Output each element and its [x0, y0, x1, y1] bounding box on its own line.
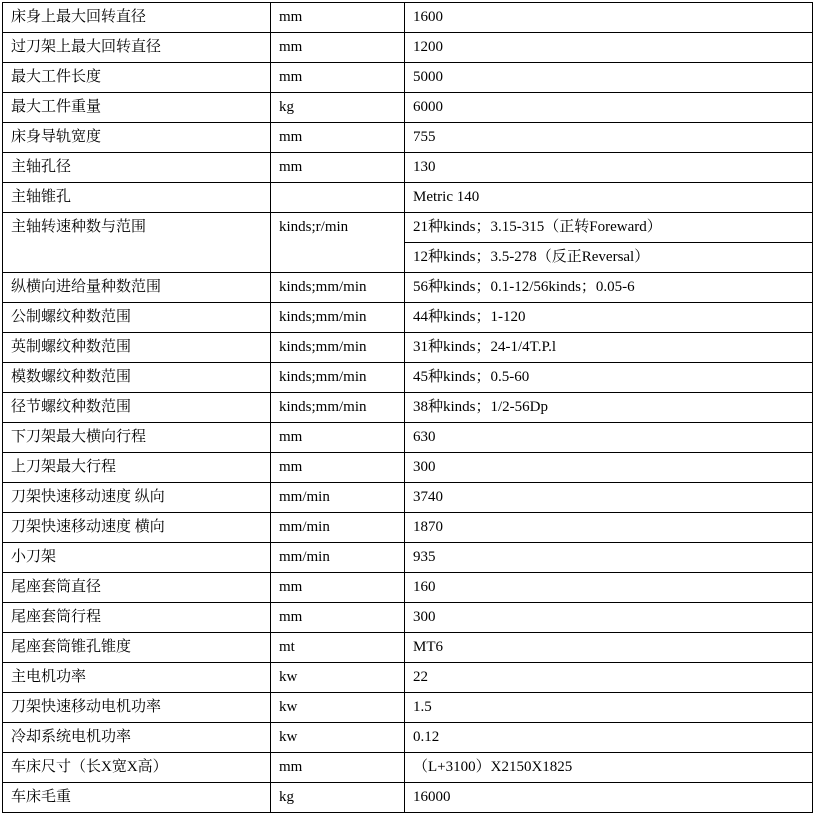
table-row: 主轴孔径 mm 130 [3, 153, 813, 183]
value-cell: 630 [405, 423, 813, 453]
param-cell: 尾座套筒锥孔锥度 [3, 633, 271, 663]
param-cell: 最大工件重量 [3, 93, 271, 123]
value-cell: 38种kinds；1/2-56Dp [405, 393, 813, 423]
table-row: 公制螺纹种数范围 kinds;mm/min 44种kinds；1-120 [3, 303, 813, 333]
table-row: 主轴锥孔 Metric 140 [3, 183, 813, 213]
value-cell: 1600 [405, 3, 813, 33]
table-row: 刀架快速移动电机功率 kw 1.5 [3, 693, 813, 723]
param-cell: 英制螺纹种数范围 [3, 333, 271, 363]
unit-cell: mm [271, 153, 405, 183]
value-cell: 31种kinds；24-1/4T.P.l [405, 333, 813, 363]
param-cell: 冷却系统电机功率 [3, 723, 271, 753]
value-cell: Metric 140 [405, 183, 813, 213]
value-cell: 300 [405, 453, 813, 483]
value-cell: 0.12 [405, 723, 813, 753]
unit-cell: mm [271, 573, 405, 603]
param-cell: 小刀架 [3, 543, 271, 573]
table-row: 车床尺寸（长X宽X高） mm （L+3100）X2150X1825 [3, 753, 813, 783]
unit-cell: kw [271, 663, 405, 693]
value-cell: 1.5 [405, 693, 813, 723]
param-cell: 刀架快速移动电机功率 [3, 693, 271, 723]
unit-cell: kinds;mm/min [271, 273, 405, 303]
table-row: 最大工件长度 mm 5000 [3, 63, 813, 93]
table-row: 上刀架最大行程 mm 300 [3, 453, 813, 483]
unit-cell: kinds;mm/min [271, 363, 405, 393]
unit-cell: kinds;mm/min [271, 393, 405, 423]
value-cell: 1870 [405, 513, 813, 543]
value-cell: 935 [405, 543, 813, 573]
spec-table: 床身上最大回转直径 mm 1600 过刀架上最大回转直径 mm 1200 最大工… [2, 2, 813, 813]
value-cell: 300 [405, 603, 813, 633]
param-cell: 模数螺纹种数范围 [3, 363, 271, 393]
unit-cell: kinds;mm/min [271, 333, 405, 363]
param-cell: 车床毛重 [3, 783, 271, 813]
param-cell: 径节螺纹种数范围 [3, 393, 271, 423]
unit-cell: kg [271, 783, 405, 813]
unit-cell: mm [271, 603, 405, 633]
table-row: 尾座套筒锥孔锥度 mt MT6 [3, 633, 813, 663]
table-row: 主轴转速种数与范围 kinds;r/min 21种kinds；3.15-315（… [3, 213, 813, 243]
value-cell: 56种kinds；0.1-12/56kinds；0.05-6 [405, 273, 813, 303]
unit-cell: kw [271, 723, 405, 753]
value-cell: 130 [405, 153, 813, 183]
unit-cell: mm [271, 123, 405, 153]
table-row: 小刀架 mm/min 935 [3, 543, 813, 573]
value-cell: 21种kinds；3.15-315（正转Foreward） [405, 213, 813, 243]
param-cell: 床身导轨宽度 [3, 123, 271, 153]
table-row: 英制螺纹种数范围 kinds;mm/min 31种kinds；24-1/4T.P… [3, 333, 813, 363]
value-cell: 44种kinds；1-120 [405, 303, 813, 333]
table-row: 刀架快速移动速度 纵向 mm/min 3740 [3, 483, 813, 513]
table-row: 冷却系统电机功率 kw 0.12 [3, 723, 813, 753]
table-row: 尾座套筒行程 mm 300 [3, 603, 813, 633]
table-row: 床身上最大回转直径 mm 1600 [3, 3, 813, 33]
table-row: 尾座套筒直径 mm 160 [3, 573, 813, 603]
value-cell: 5000 [405, 63, 813, 93]
table-row: 径节螺纹种数范围 kinds;mm/min 38种kinds；1/2-56Dp [3, 393, 813, 423]
param-cell: 床身上最大回转直径 [3, 3, 271, 33]
param-cell: 公制螺纹种数范围 [3, 303, 271, 333]
unit-cell: kg [271, 93, 405, 123]
param-cell: 主轴转速种数与范围 [3, 213, 271, 273]
param-cell: 主轴锥孔 [3, 183, 271, 213]
value-cell: 6000 [405, 93, 813, 123]
unit-cell: mm/min [271, 513, 405, 543]
value-cell: 22 [405, 663, 813, 693]
value-cell: 45种kinds；0.5-60 [405, 363, 813, 393]
value-cell: 755 [405, 123, 813, 153]
param-cell: 下刀架最大横向行程 [3, 423, 271, 453]
value-cell: 1200 [405, 33, 813, 63]
table-row: 模数螺纹种数范围 kinds;mm/min 45种kinds；0.5-60 [3, 363, 813, 393]
unit-cell: mm [271, 3, 405, 33]
value-cell: 16000 [405, 783, 813, 813]
value-cell: 3740 [405, 483, 813, 513]
table-row: 床身导轨宽度 mm 755 [3, 123, 813, 153]
unit-cell: kinds;r/min [271, 213, 405, 273]
unit-cell: mm [271, 453, 405, 483]
param-cell: 车床尺寸（长X宽X高） [3, 753, 271, 783]
unit-cell: mm [271, 33, 405, 63]
unit-cell [271, 183, 405, 213]
param-cell: 过刀架上最大回转直径 [3, 33, 271, 63]
param-cell: 主电机功率 [3, 663, 271, 693]
value-cell: MT6 [405, 633, 813, 663]
param-cell: 主轴孔径 [3, 153, 271, 183]
param-cell: 刀架快速移动速度 横向 [3, 513, 271, 543]
table-row: 最大工件重量 kg 6000 [3, 93, 813, 123]
table-row: 刀架快速移动速度 横向 mm/min 1870 [3, 513, 813, 543]
param-cell: 上刀架最大行程 [3, 453, 271, 483]
unit-cell: mm/min [271, 543, 405, 573]
unit-cell: mt [271, 633, 405, 663]
unit-cell: kw [271, 693, 405, 723]
table-row: 过刀架上最大回转直径 mm 1200 [3, 33, 813, 63]
param-cell: 刀架快速移动速度 纵向 [3, 483, 271, 513]
param-cell: 最大工件长度 [3, 63, 271, 93]
table-row: 车床毛重 kg 16000 [3, 783, 813, 813]
unit-cell: kinds;mm/min [271, 303, 405, 333]
unit-cell: mm [271, 753, 405, 783]
unit-cell: mm [271, 423, 405, 453]
param-cell: 纵横向进给量种数范围 [3, 273, 271, 303]
value-cell: 12种kinds；3.5-278（反正Reversal） [405, 243, 813, 273]
param-cell: 尾座套筒行程 [3, 603, 271, 633]
param-cell: 尾座套筒直径 [3, 573, 271, 603]
unit-cell: mm/min [271, 483, 405, 513]
table-row: 下刀架最大横向行程 mm 630 [3, 423, 813, 453]
table-row: 纵横向进给量种数范围 kinds;mm/min 56种kinds；0.1-12/… [3, 273, 813, 303]
value-cell: （L+3100）X2150X1825 [405, 753, 813, 783]
unit-cell: mm [271, 63, 405, 93]
value-cell: 160 [405, 573, 813, 603]
table-row: 主电机功率 kw 22 [3, 663, 813, 693]
